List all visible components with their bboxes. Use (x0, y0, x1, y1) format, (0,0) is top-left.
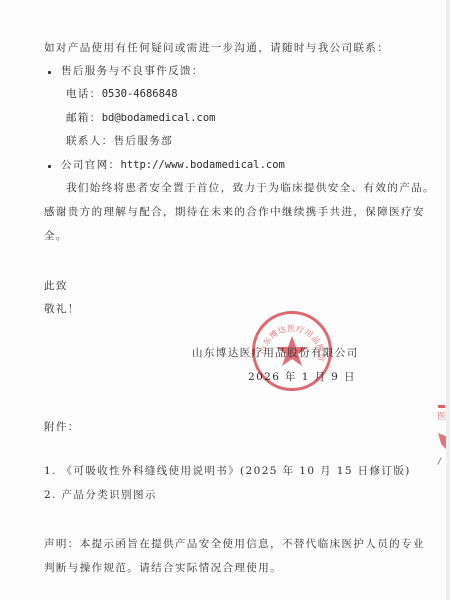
body-paragraph-line-2: 感谢贵方的理解与配合，期待在未来的合作中继续携手共进，保障医疗安 (44, 205, 425, 219)
contact-row: 联系人：售后服务部 (66, 134, 173, 148)
contact-value: 售后服务部 (114, 135, 174, 147)
bullet-icon (48, 71, 51, 74)
signature-date: 2026 年 1 月 9 日 (248, 370, 356, 384)
signature-company: 山东博达医疗用品股份有限公司 (192, 346, 359, 360)
bullet-icon (48, 165, 51, 168)
perforation-seal-fragment: 医 (438, 405, 446, 477)
attachments-label: 附件： (44, 420, 80, 434)
attachment-item-2: 2. 产品分类识别图示 (44, 488, 157, 502)
attachment-item-1: 1. 《可吸收性外科缝线使用说明书》(2025 年 10 月 15 日修订版) (44, 464, 411, 478)
phone-row: 电话：0530-4686848 (66, 87, 178, 101)
seal-fragment-star (438, 433, 446, 449)
email-value: bd@bodamedical.com (102, 112, 216, 124)
website-value: http://www.bodamedical.com (121, 159, 285, 171)
disclaimer-line-1: 声明：本提示函旨在提供产品安全使用信息，不替代临床医护人员的专业 (44, 537, 425, 551)
closing-salutation: 此致 (44, 279, 68, 293)
phone-value: 0530-4686848 (102, 88, 178, 100)
phone-label: 电话： (66, 88, 102, 100)
website-label: 公司官网： (61, 159, 121, 171)
document-page: 如对产品使用有任何疑问或需进一步沟通，请随时与我公司联系： 售后服务与不良事件反… (0, 0, 446, 600)
disclaimer-line-2: 判断与操作规范。请结合实际情况合理使用。 (44, 561, 282, 575)
website-row: 公司官网：http://www.bodamedical.com (61, 158, 285, 172)
closing-regards: 敬礼！ (44, 302, 80, 316)
contact-label: 联系人： (66, 135, 114, 147)
page-edge (446, 0, 450, 600)
seal-fragment-mark (437, 457, 441, 465)
intro-text: 如对产品使用有任何疑问或需进一步沟通，请随时与我公司联系： (44, 41, 389, 55)
email-label: 邮箱： (66, 112, 102, 124)
body-paragraph-line-1: 我们始终将患者安全置于首位，致力于为临床提供安全、有效的产品。 (66, 181, 435, 195)
after-sales-title: 售后服务与不良事件反馈： (61, 64, 204, 78)
email-row: 邮箱：bd@bodamedical.com (66, 111, 216, 125)
body-paragraph-line-3: 全。 (44, 229, 68, 243)
seal-fragment-bar (438, 405, 445, 408)
seal-fragment-char: 医 (437, 409, 446, 422)
